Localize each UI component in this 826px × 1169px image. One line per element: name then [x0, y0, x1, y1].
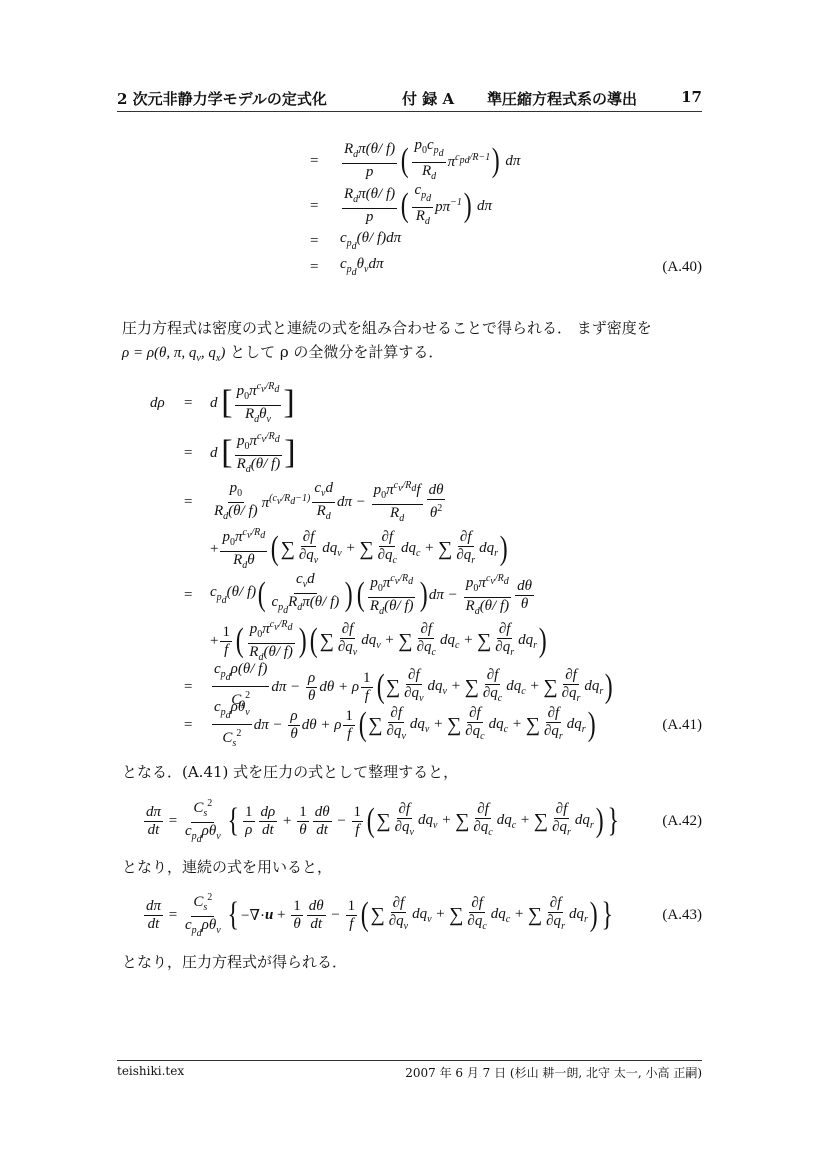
eq-a41-row3: = p0Rd(θ/ f) π(cv/Rd−1) cvdRd dπ − p0πcv… [150, 478, 447, 526]
eq-a40-row3: = cpd(θ/ f)dπ [310, 228, 401, 254]
equation-a42: dπdt = Cs2cpdρθv { 1ρ dρdt + 1θ dθdt − 1… [142, 796, 702, 846]
footer-rule [117, 1060, 702, 1061]
eq-a41-row8: = cpdρθvCs2 dπ − ρθ dθ + ρ 1f ( ∑∂f∂qvdq… [150, 702, 702, 748]
paragraph-rearrange: となる．(A.41) 式を圧力の式として整理すると， [122, 760, 702, 784]
paragraph-line-1: 圧力方程式は密度の式と連続の式を組み合わせることで得られる． まず密度を [122, 316, 702, 340]
footer-filename: teishiki.tex [117, 1064, 184, 1078]
paragraph-continuity: となり，連続の式を用いると， [122, 855, 702, 879]
running-header: 2 次元非静力学モデルの定式化 付 録 A 準圧縮方程式系の導出 17 [117, 88, 702, 112]
paragraph-density-intro: 圧力方程式は密度の式と連続の式を組み合わせることで得られる． まず密度を ρ =… [122, 316, 702, 371]
eq-a41-row6: + 1f ( p0πcv/RdRd(θ/ f) ) ( ∑∂f∂qvdqv + … [150, 618, 548, 664]
equation-block-a40: = Rdπ(θ/ f)p ( p0cpdRd πcpd/R−1 ) dπ = R… [310, 138, 702, 288]
header-chapter-title: 2 次元非静力学モデルの定式化 [117, 88, 327, 109]
equation-block-a41: dρ = d [ p0πcv/RdRdθv ] = d [ p0πcv/RdRd… [150, 378, 702, 750]
eq-a41-row5: = cpd(θ/ f) ( cvdcpdRdπ(θ/ f) ) ( p0πcv/… [150, 572, 536, 618]
paragraph-line-2: ρ = ρ(θ, π, qv, qx) として ρ の全微分を計算する． [122, 340, 702, 371]
header-rule [117, 111, 702, 112]
header-appendix-label: 付 録 A [402, 88, 454, 109]
eq-a41-row2: = d [ p0πcv/RdRd(θ/ f) ] [150, 428, 296, 478]
eq-a41-row4: + p0πcv/RdRdθ ( ∑∂f∂qvdqv + ∑∂f∂qcdqc + … [150, 526, 509, 572]
page-number: 17 [681, 88, 702, 106]
equation-a43: dπdt = Cs2cpdρθv { −∇·u + 1θ dθdt − 1f (… [142, 890, 702, 940]
eq-a40-row4: = cpdθvdπ (A.40) [310, 254, 702, 280]
eq-a40-row2: = Rdπ(θ/ f)p ( cpdRd pπ−1 ) dπ [310, 184, 492, 228]
eq-a41-row1: dρ = d [ p0πcv/RdRdθv ] [150, 378, 295, 428]
paragraph-conclusion: となり，圧力方程式が得られる． [122, 950, 702, 974]
equation-number-a41: (A.41) [662, 717, 702, 734]
equation-number-a40: (A.40) [662, 259, 702, 276]
eq-a40-row1: = Rdπ(θ/ f)p ( p0cpdRd πcpd/R−1 ) dπ [310, 138, 520, 184]
equation-number-a42: (A.42) [662, 813, 702, 830]
equation-number-a43: (A.43) [662, 907, 702, 924]
footer-date-authors: 2007 年 6 月 7 日 (杉山 耕一朗, 北守 太一, 小高 正嗣) [405, 1064, 702, 1081]
header-appendix-title: 準圧縮方程式系の導出 [487, 88, 637, 109]
